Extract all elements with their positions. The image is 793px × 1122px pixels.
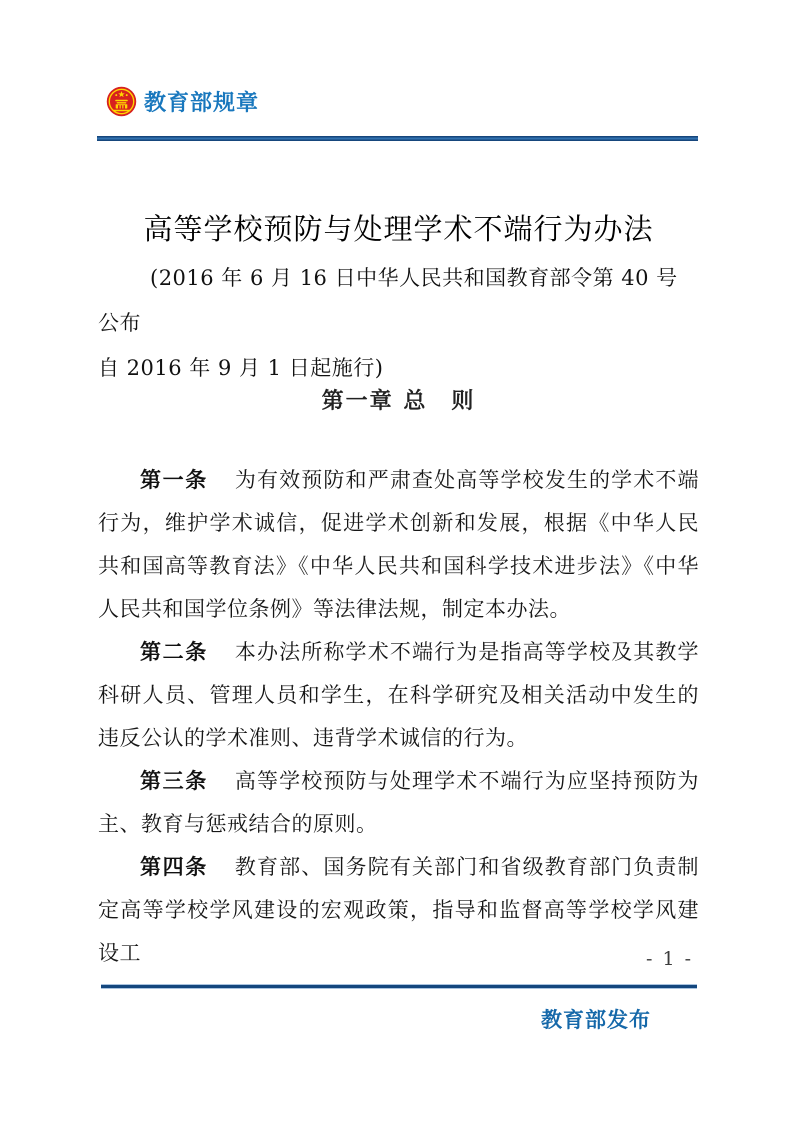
article-number-label: 第二条 [140,640,208,664]
header-badge-label: 教育部规章 [144,86,259,117]
document-page: 教育部规章 高等学校预防与处理学术不端行为办法 (2016 年 6 月 16 日… [0,0,793,1122]
document-body: 第一条为有效预防和严肃查处高等学校发生的学术不端行为，维护学术诚信，促进学术创新… [98,459,699,975]
footer-rule [101,984,697,989]
document-subtitle: (2016 年 6 月 16 日中华人民共和国教育部令第 40 号公布 自 20… [98,256,699,391]
chapter-heading: 第一章 总 则 [98,384,699,415]
article-number-label: 第三条 [140,769,208,793]
article-number-label: 第四条 [140,855,208,879]
article-number-label: 第一条 [140,468,208,492]
document-header: 教育部规章 [106,84,259,118]
china-national-emblem-icon [106,86,137,117]
article-paragraph: 第一条为有效预防和严肃查处高等学校发生的学术不端行为，维护学术诚信，促进学术创新… [98,459,699,631]
article-paragraph: 第三条高等学校预防与处理学术不端行为应坚持预防为主、教育与惩戒结合的原则。 [98,760,699,846]
header-rule [97,136,698,141]
document-title: 高等学校预防与处理学术不端行为办法 [98,207,699,248]
subtitle-line: (2016 年 6 月 16 日中华人民共和国教育部令第 40 号公布 [98,256,699,346]
page-number: - 1 - [98,948,693,970]
publisher-label: 教育部发布 [98,1004,651,1034]
article-paragraph: 第二条本办法所称学术不端行为是指高等学校及其教学科研人员、管理人员和学生，在科学… [98,631,699,760]
